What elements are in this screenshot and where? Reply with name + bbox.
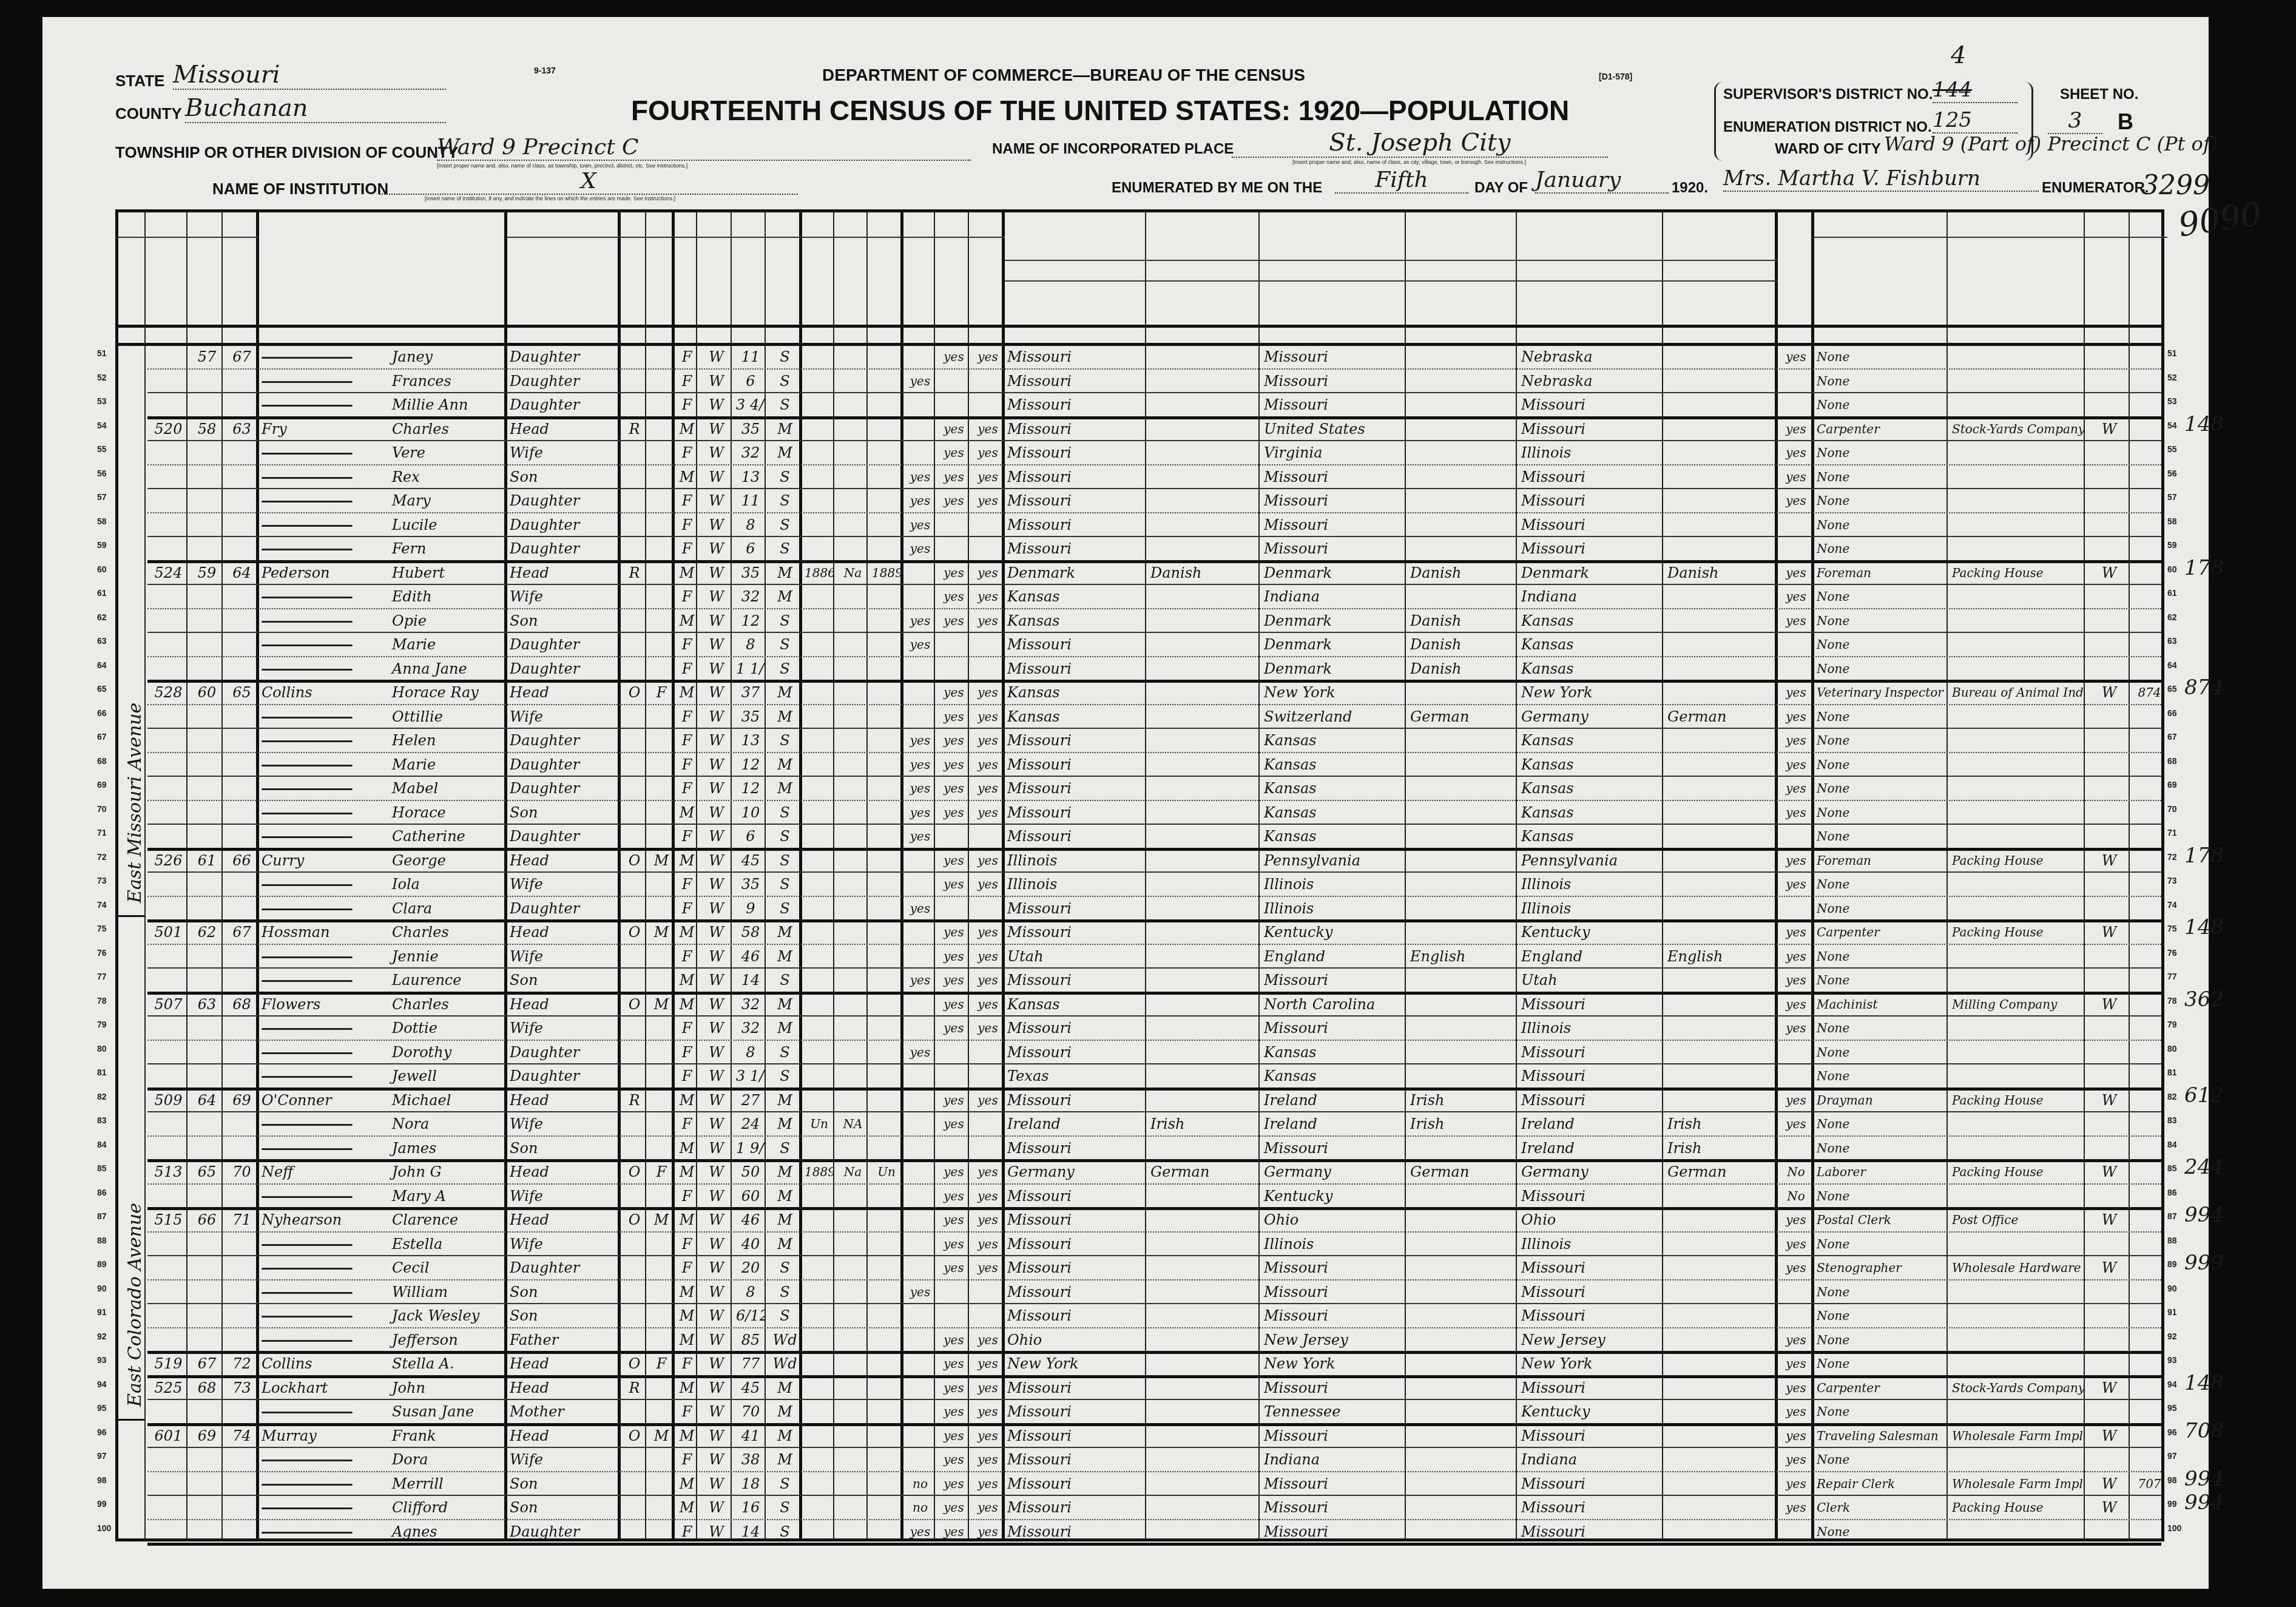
- race-cell: W: [701, 657, 731, 680]
- pob-cell: Missouri: [1007, 969, 1146, 992]
- read-cell: yes: [939, 729, 968, 752]
- given-name: Frank: [392, 1427, 436, 1444]
- pob-cell: Missouri: [1007, 1089, 1146, 1112]
- age-cell: 3 4/12: [736, 393, 765, 416]
- sex-cell: F: [677, 393, 697, 416]
- f_pob-cell: Illinois: [1264, 873, 1405, 896]
- house-cell: 524: [150, 561, 187, 584]
- write-cell: yes: [973, 753, 1002, 776]
- f_pob-cell: Missouri: [1264, 489, 1405, 512]
- surname: [262, 753, 392, 776]
- f_pob-cell: Missouri: [1264, 465, 1405, 489]
- line-number: 76: [97, 948, 107, 958]
- english-cell: No: [1780, 1160, 1812, 1183]
- county-label: COUNTY: [115, 104, 182, 123]
- trade-cell: None: [1817, 393, 1947, 416]
- given-name: Mary: [392, 492, 431, 509]
- trade-cell: None: [1817, 1400, 1947, 1423]
- age-cell: 6/12: [736, 1304, 765, 1327]
- sex-cell: F: [677, 513, 697, 536]
- surname: [262, 873, 392, 896]
- trade-cell: Repair Clerk: [1817, 1472, 1947, 1495]
- m_pob-cell: Ohio: [1521, 1208, 1663, 1231]
- age-cell: 13: [736, 729, 765, 752]
- occupation-code: 362: [2184, 987, 2224, 1012]
- ditto-dash: [262, 1028, 353, 1030]
- given-name: Charles: [392, 421, 449, 438]
- line-number: 57: [97, 492, 107, 502]
- race-cell: W: [701, 1400, 731, 1423]
- f_pob-cell: Ohio: [1264, 1208, 1405, 1231]
- english-cell: yes: [1780, 1089, 1812, 1112]
- column-header-24: [1666, 284, 1775, 322]
- occupation-code: 178: [2184, 844, 2224, 868]
- m_tongue-cell: English: [1667, 945, 1775, 968]
- surname: [262, 801, 392, 824]
- marital-cell: S: [770, 370, 800, 393]
- given-name: Mabel: [392, 780, 438, 797]
- line-number: 90: [2167, 1284, 2177, 1293]
- name-cell: Frances: [262, 370, 505, 393]
- trade-cell: None: [1817, 1448, 1947, 1471]
- microfilm-border: [2209, 0, 2296, 1607]
- sex-cell: F: [677, 441, 697, 464]
- age-cell: 12: [736, 753, 765, 776]
- trade-cell: None: [1817, 1185, 1947, 1208]
- line-number: 97: [2167, 1451, 2177, 1461]
- line-number: 73: [2167, 876, 2177, 885]
- sex-cell: F: [677, 1041, 697, 1064]
- relation-cell: Wife: [510, 945, 618, 968]
- relation-cell: Wife: [510, 1233, 618, 1256]
- race-cell: W: [701, 1424, 731, 1447]
- english-cell: yes: [1780, 1208, 1812, 1231]
- tongue-cell: German: [1150, 1160, 1259, 1183]
- column-header-11: [735, 240, 765, 322]
- sex-cell: M: [677, 1424, 697, 1447]
- ditto-dash: [262, 1460, 353, 1461]
- class-cell: W: [2089, 1496, 2129, 1519]
- english-cell: yes: [1780, 873, 1812, 896]
- pob-cell: Missouri: [1007, 1137, 1146, 1160]
- line-number: 60: [2167, 564, 2177, 574]
- marital-cell: S: [770, 633, 800, 656]
- english-cell: yes: [1780, 345, 1812, 368]
- sex-cell: M: [677, 849, 697, 872]
- trade-cell: None: [1817, 1520, 1947, 1543]
- sex-cell: F: [677, 1112, 697, 1135]
- age-cell: 45: [736, 1376, 765, 1399]
- race-cell: W: [701, 1328, 731, 1352]
- line-number: 55: [2167, 444, 2177, 454]
- read-cell: yes: [939, 1185, 968, 1208]
- relation-cell: Son: [510, 1496, 618, 1519]
- f_pob-cell: Kentucky: [1264, 1185, 1405, 1208]
- pob-cell: Missouri: [1007, 1496, 1146, 1519]
- surname: [262, 345, 392, 368]
- house-cell: 515: [150, 1208, 187, 1231]
- f_pob-cell: Tennessee: [1264, 1400, 1405, 1423]
- institution-note: [Insert name of institution, if any, and…: [425, 195, 675, 201]
- surname: Pederson: [262, 561, 392, 584]
- line-number: 75: [2167, 924, 2177, 933]
- line-number: 87: [2167, 1211, 2177, 1221]
- line-number: 71: [2167, 828, 2177, 837]
- read-cell: yes: [939, 1448, 968, 1471]
- school-cell: yes: [906, 465, 934, 489]
- trade-cell: None: [1817, 633, 1947, 656]
- home-cell: O: [623, 1160, 646, 1183]
- name-cell: Jack Wesley: [262, 1304, 505, 1327]
- age-cell: 58: [736, 921, 765, 944]
- pob-cell: Missouri: [1007, 441, 1146, 464]
- header-divider: [1814, 237, 2167, 238]
- trade-cell: None: [1817, 753, 1947, 776]
- marital-cell: M: [770, 1112, 800, 1135]
- f_pob-cell: Kansas: [1264, 777, 1405, 800]
- m_pob-cell: Nebraska: [1521, 345, 1663, 368]
- sex-cell: F: [677, 945, 697, 968]
- column-header-16: [905, 240, 934, 322]
- trade-cell: None: [1817, 825, 1947, 848]
- write-cell: yes: [973, 1496, 1002, 1519]
- relation-cell: Wife: [510, 585, 618, 608]
- name-cell: Janey: [262, 345, 505, 368]
- relation-cell: Head: [510, 1424, 618, 1447]
- surname: [262, 1185, 392, 1208]
- line-number: 89: [2167, 1259, 2177, 1269]
- marital-cell: S: [770, 489, 800, 512]
- column-divider: [2129, 212, 2130, 1538]
- given-name: Susan Jane: [392, 1403, 474, 1420]
- surname: [262, 609, 392, 632]
- given-name: Horace Ray: [392, 684, 479, 701]
- race-cell: W: [701, 825, 731, 848]
- line-number: 84: [2167, 1140, 2177, 1149]
- sex-cell: M: [677, 801, 697, 824]
- f_pob-cell: Missouri: [1264, 1281, 1405, 1304]
- race-cell: W: [701, 1041, 731, 1064]
- race-cell: W: [701, 1496, 731, 1519]
- name-cell: Mabel: [262, 777, 505, 800]
- line-number: 99: [2167, 1499, 2177, 1509]
- relation-cell: Son: [510, 1281, 618, 1304]
- house-cell: 501: [150, 921, 187, 944]
- trade-cell: None: [1817, 873, 1947, 896]
- marital-cell: M: [770, 1233, 800, 1256]
- school-cell: yes: [906, 753, 934, 776]
- pob-cell: Utah: [1007, 945, 1146, 968]
- age-cell: 32: [736, 1017, 765, 1040]
- trade-cell: None: [1817, 897, 1947, 920]
- industry-cell: Packing House: [1952, 921, 2084, 944]
- read-cell: yes: [939, 585, 968, 608]
- age-cell: 32: [736, 993, 765, 1016]
- pob-cell: Missouri: [1007, 1472, 1146, 1495]
- name-cell: Vere: [262, 441, 505, 464]
- ditto-dash: [262, 1052, 353, 1054]
- given-name: Vere: [392, 444, 425, 461]
- trade-cell: None: [1817, 1041, 1947, 1064]
- relation-cell: Wife: [510, 1185, 618, 1208]
- line-number: 57: [2167, 492, 2177, 502]
- m_tongue-cell: Irish: [1667, 1137, 1775, 1160]
- marital-cell: S: [770, 609, 800, 632]
- age-cell: 3 1/12: [736, 1064, 765, 1088]
- dwelling-cell: 59: [192, 561, 222, 584]
- name-cell: Mary A: [262, 1185, 505, 1208]
- sex-cell: F: [677, 585, 697, 608]
- write-cell: yes: [973, 1089, 1002, 1112]
- street-divider: [115, 915, 144, 917]
- dwelling-cell: 64: [192, 1089, 222, 1112]
- m_pob-cell: Kansas: [1521, 825, 1663, 848]
- line-number: 59: [2167, 540, 2177, 550]
- given-name: Lucile: [392, 516, 437, 533]
- column-header-6: [508, 240, 618, 322]
- pob-cell: Missouri: [1007, 777, 1146, 800]
- occupation-code: 148: [2184, 1371, 2224, 1395]
- pob-cell: Missouri: [1007, 1185, 1146, 1208]
- ditto-dash: [262, 669, 353, 671]
- pob-cell: Illinois: [1007, 849, 1146, 872]
- race-cell: W: [701, 633, 731, 656]
- m_pob-cell: Illinois: [1521, 873, 1663, 896]
- line-number: 51: [2167, 348, 2177, 358]
- english-cell: yes: [1780, 441, 1812, 464]
- class-cell: W: [2089, 1376, 2129, 1399]
- column-header-5: [260, 237, 505, 322]
- column-divider: [256, 212, 259, 1538]
- pob-cell: Kansas: [1007, 609, 1146, 632]
- pob-cell: Kansas: [1007, 993, 1146, 1016]
- line-number: 78: [2167, 996, 2177, 1006]
- english-cell: yes: [1780, 1376, 1812, 1399]
- line-number: 85: [97, 1163, 107, 1173]
- immig-cell: Un: [805, 1112, 834, 1135]
- school-cell: yes: [906, 801, 934, 824]
- pob-cell: Missouri: [1007, 418, 1146, 441]
- sex-cell: M: [677, 1328, 697, 1352]
- line-number: 67: [97, 732, 107, 742]
- immig-cell: 1889: [805, 1160, 834, 1183]
- school-cell: yes: [906, 609, 934, 632]
- home-cell: O: [623, 681, 646, 704]
- age-cell: 35: [736, 873, 765, 896]
- surname: Flowers: [262, 993, 392, 1016]
- pob-cell: Kansas: [1007, 585, 1146, 608]
- trade-cell: None: [1817, 513, 1947, 536]
- race-cell: W: [701, 489, 731, 512]
- f_pob-cell: Kansas: [1264, 729, 1405, 752]
- column-divider: [645, 212, 646, 1538]
- english-cell: yes: [1780, 489, 1812, 512]
- sheet-label: SHEET NO.: [2060, 86, 2138, 103]
- f_pob-cell: North Carolina: [1264, 993, 1405, 1016]
- county-value: Buchanan: [185, 94, 446, 123]
- m_pob-cell: Missouri: [1521, 993, 1663, 1016]
- line-number: 59: [97, 540, 107, 550]
- dwelling-cell: 57: [192, 345, 222, 368]
- pob-cell: Missouri: [1007, 825, 1146, 848]
- home-cell: O: [623, 1208, 646, 1231]
- class-cell: W: [2089, 681, 2129, 704]
- given-name: Fern: [392, 540, 426, 557]
- incorporated-place-value: St. Joseph City: [1232, 129, 1608, 158]
- line-number: 79: [2167, 1020, 2177, 1029]
- given-name: Merrill: [392, 1475, 444, 1492]
- read-cell: yes: [939, 1208, 968, 1231]
- sex-cell: F: [677, 1520, 697, 1543]
- age-cell: 12: [736, 777, 765, 800]
- incorporated-place-label: NAME OF INCORPORATED PLACE: [992, 141, 1234, 158]
- m_pob-cell: New York: [1521, 1352, 1663, 1375]
- line-number: 98: [2167, 1475, 2177, 1485]
- column-header-23: [1520, 284, 1663, 322]
- m_pob-cell: England: [1521, 945, 1663, 968]
- column-header-28: [2088, 240, 2129, 322]
- marital-cell: M: [770, 945, 800, 968]
- f_pob-cell: Missouri: [1264, 969, 1405, 992]
- state-value: Missouri: [173, 61, 446, 90]
- column-divider: [1516, 212, 1517, 1538]
- surname: [262, 1496, 392, 1519]
- ditto-dash: [262, 1124, 353, 1126]
- marital-cell: M: [770, 561, 800, 584]
- pob-cell: Missouri: [1007, 1256, 1146, 1279]
- read-cell: yes: [939, 1400, 968, 1423]
- trade-cell: None: [1817, 1304, 1947, 1327]
- f_pob-cell: Virginia: [1264, 441, 1405, 464]
- surname: [262, 585, 392, 608]
- given-name: William: [392, 1284, 448, 1301]
- ditto-dash: [262, 549, 353, 550]
- header-divider: [507, 237, 621, 238]
- line-number: 86: [2167, 1188, 2177, 1197]
- given-name: Charles: [392, 996, 449, 1013]
- trade-cell: None: [1817, 465, 1947, 489]
- surname: [262, 441, 392, 464]
- given-name: Charles: [392, 924, 449, 941]
- f_tongue-cell: Danish: [1410, 609, 1516, 632]
- f_pob-cell: Ireland: [1264, 1089, 1405, 1112]
- line-number: 56: [97, 469, 107, 478]
- marital-cell: M: [770, 1160, 800, 1183]
- marital-cell: M: [770, 1376, 800, 1399]
- surname: [262, 1064, 392, 1088]
- m_pob-cell: Missouri: [1521, 418, 1663, 441]
- f_tongue-cell: Danish: [1410, 633, 1516, 656]
- sex-cell: F: [677, 1017, 697, 1040]
- surname: Nyhearson: [262, 1208, 392, 1231]
- sex-cell: M: [677, 1472, 697, 1495]
- column-header-21: [1263, 284, 1405, 322]
- age-cell: 60: [736, 1185, 765, 1208]
- trade-cell: Foreman: [1817, 849, 1947, 872]
- m_pob-cell: Utah: [1521, 969, 1663, 992]
- sex-cell: M: [677, 1160, 697, 1183]
- supervisor-struck: 144: [1933, 78, 2017, 103]
- race-cell: W: [701, 561, 731, 584]
- sex-cell: M: [677, 1281, 697, 1304]
- line-number: 69: [2167, 780, 2177, 790]
- english-cell: No: [1780, 1185, 1812, 1208]
- name-cell: Iola: [262, 873, 505, 896]
- ditto-dash: [262, 836, 353, 838]
- line-number: 81: [2167, 1067, 2177, 1077]
- m_pob-cell: New Jersey: [1521, 1328, 1663, 1352]
- surname: [262, 1137, 392, 1160]
- enumerated-label: ENUMERATED BY ME ON THE: [1112, 180, 1322, 197]
- m_pob-cell: Kansas: [1521, 753, 1663, 776]
- relation-cell: Head: [510, 921, 618, 944]
- write-cell: yes: [973, 1448, 1002, 1471]
- age-cell: 50: [736, 1160, 765, 1183]
- line-number: 64: [97, 660, 107, 670]
- f_pob-cell: New York: [1264, 681, 1405, 704]
- name-cell: HossmanCharles: [262, 921, 505, 944]
- f_tongue-cell: English: [1410, 945, 1516, 968]
- line-number: 93: [97, 1355, 107, 1365]
- line-number: 81: [97, 1067, 107, 1077]
- age-cell: 24: [736, 1112, 765, 1135]
- line-number: 74: [2167, 900, 2177, 910]
- pob-cell: Missouri: [1007, 489, 1146, 512]
- read-cell: yes: [939, 1112, 968, 1135]
- line-number: 52: [97, 373, 107, 382]
- write-cell: yes: [973, 1185, 1002, 1208]
- surname: [262, 1112, 392, 1135]
- write-cell: yes: [973, 465, 1002, 489]
- relation-cell: Daughter: [510, 345, 618, 368]
- industry-cell: Stock-Yards Company: [1952, 1376, 2084, 1399]
- ditto-dash: [262, 765, 353, 766]
- trade-cell: Stenographer: [1817, 1256, 1947, 1279]
- write-cell: yes: [973, 489, 1002, 512]
- home-cell: R: [623, 1089, 646, 1112]
- enumerator-name: Mrs. Martha V. Fishburn: [1723, 166, 2039, 192]
- f_pob-cell: Kansas: [1264, 825, 1405, 848]
- race-cell: W: [701, 801, 731, 824]
- header-divider: [621, 237, 675, 238]
- occupation-code: 244: [2184, 1155, 2224, 1179]
- m_pob-cell: Missouri: [1521, 1304, 1663, 1327]
- relation-cell: Son: [510, 1137, 618, 1160]
- given-name: Clarence: [392, 1211, 458, 1228]
- surname: [262, 729, 392, 752]
- pob-cell: Missouri: [1007, 1281, 1146, 1304]
- ditto-dash: [262, 1196, 353, 1198]
- f_pob-cell: Switzerland: [1264, 705, 1405, 728]
- line-number: 61: [97, 588, 107, 598]
- pob-cell: Missouri: [1007, 1233, 1146, 1256]
- trade-cell: Foreman: [1817, 561, 1947, 584]
- marital-cell: S: [770, 1304, 800, 1327]
- read-cell: yes: [939, 1017, 968, 1040]
- pob-cell: Germany: [1007, 1160, 1146, 1183]
- line-number: 53: [2167, 396, 2177, 406]
- english-cell: yes: [1780, 729, 1812, 752]
- line-number: 72: [97, 852, 107, 862]
- class-cell: W: [2089, 993, 2129, 1016]
- line-number: 77: [97, 972, 107, 981]
- class-cell: W: [2089, 1089, 2129, 1112]
- relation-cell: Son: [510, 609, 618, 632]
- name-cell: Marie: [262, 633, 505, 656]
- read-cell: yes: [939, 1424, 968, 1447]
- school-cell: yes: [906, 969, 934, 992]
- english-cell: yes: [1780, 1496, 1812, 1519]
